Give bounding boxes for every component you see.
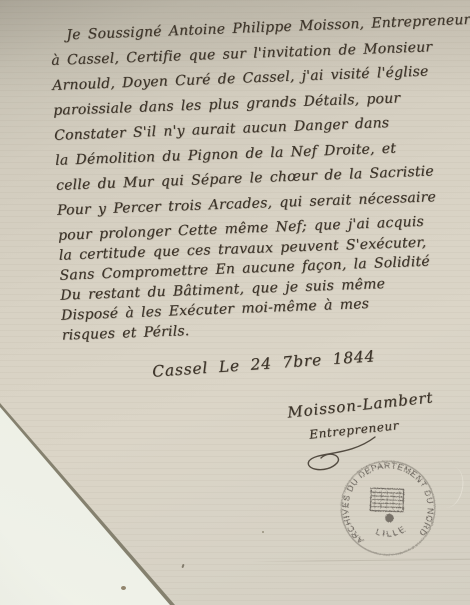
document-photo: Je Soussigné Antoine Philippe Moisson, E… (0, 0, 470, 605)
stamp-crest-icon (370, 488, 403, 512)
handwritten-body: Je Soussigné Antoine Philippe Moisson, E… (50, 9, 470, 346)
stamp-bottom-text: LILLE (373, 522, 409, 540)
archive-stamp-icon: ARCHIVES DU DÉPARTEMENT DU NORD LILLE (325, 445, 451, 571)
ink-speck (121, 586, 126, 590)
ink-speck (262, 531, 264, 533)
dateline: Cassel Le 24 7bre 1844 (152, 347, 376, 381)
svg-text:LILLE: LILLE (373, 522, 409, 540)
ink-speck (181, 564, 184, 568)
signature: Moisson-Lambert (286, 388, 434, 421)
